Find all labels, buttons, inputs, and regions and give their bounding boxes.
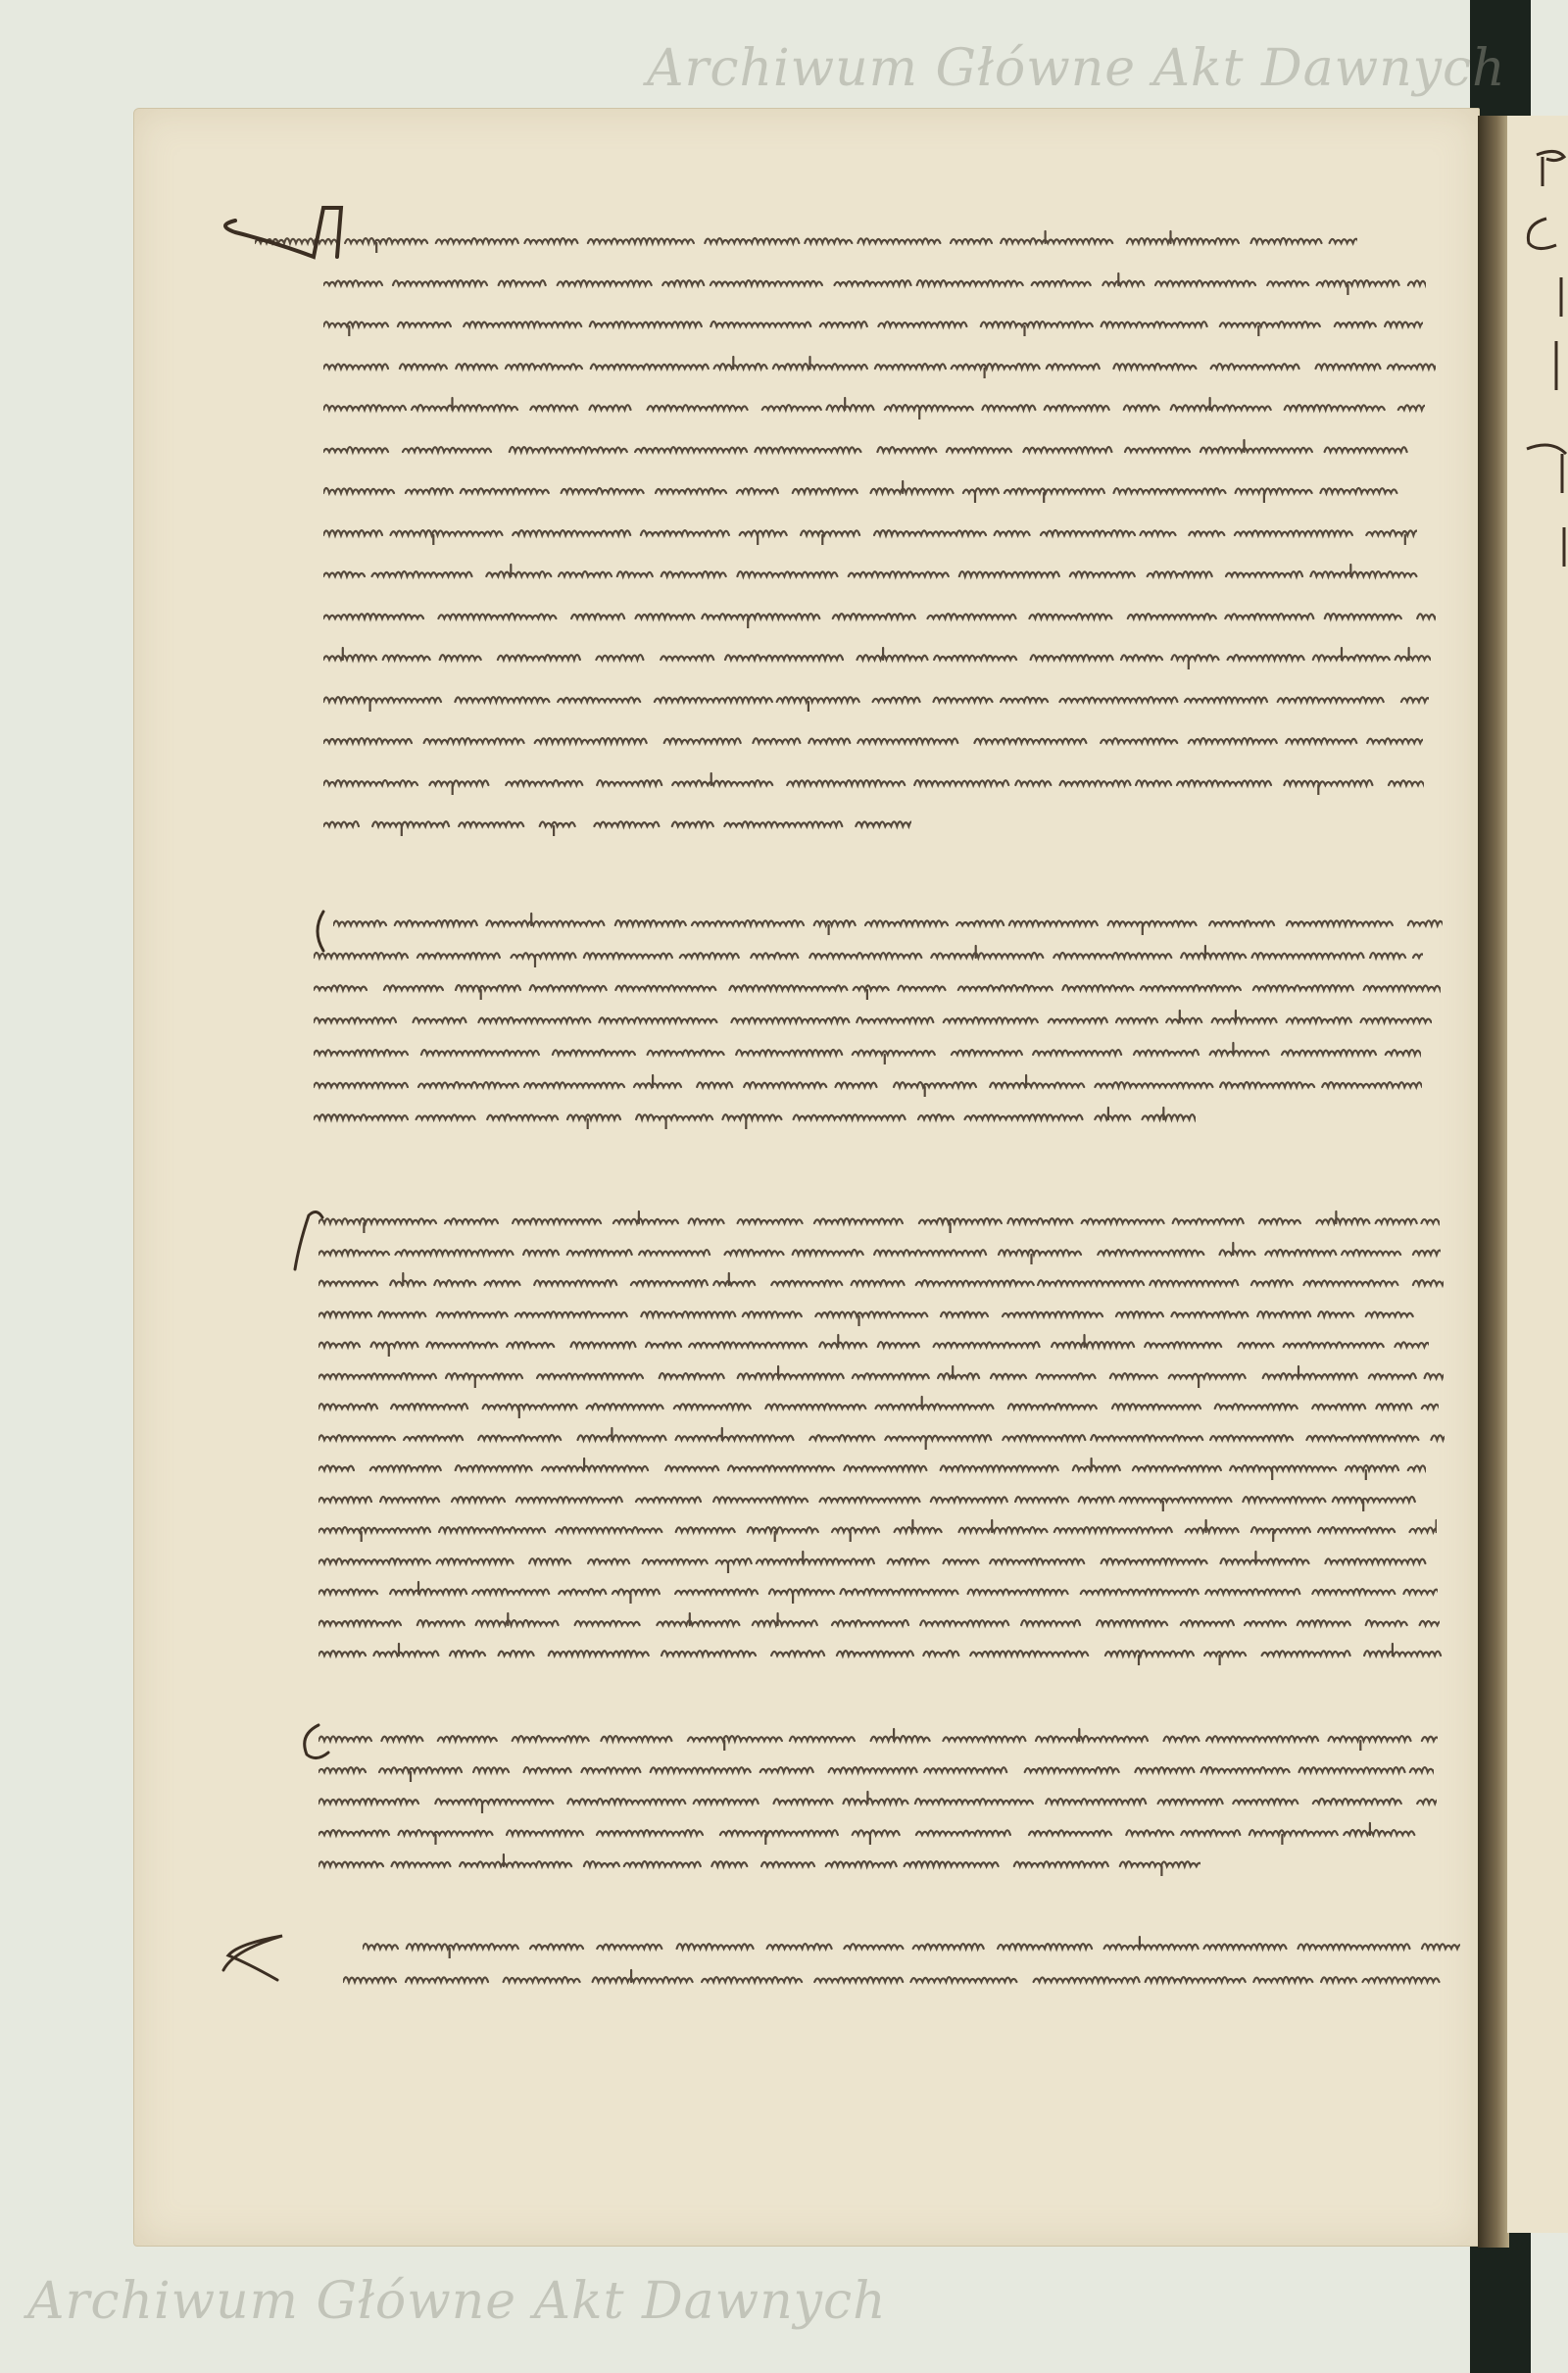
archive-watermark-top: Archiwum Główne Akt Dawnych	[647, 39, 1506, 98]
flourish-strokes-icon	[0, 0, 1568, 2373]
